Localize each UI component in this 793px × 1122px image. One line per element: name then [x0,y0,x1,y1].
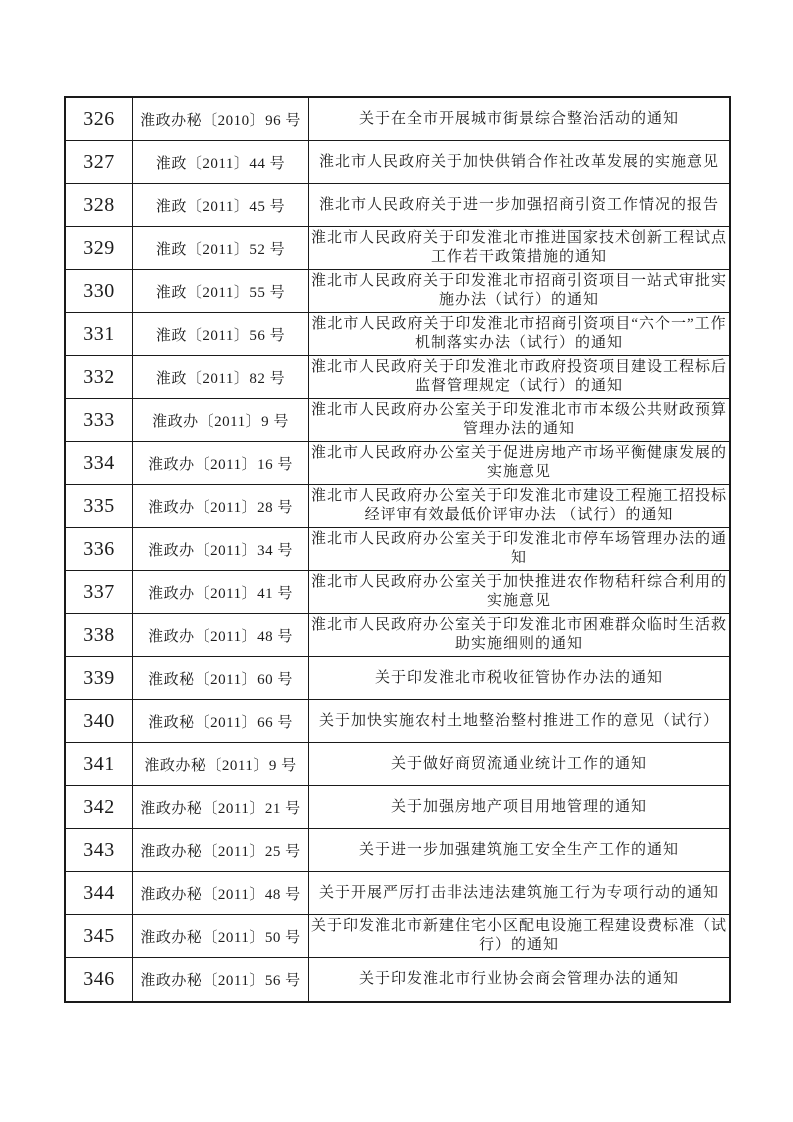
table-row: 338 淮政办〔2011〕48 号 淮北市人民政府办公室关于印发淮北市困难群众临… [66,614,729,657]
doc-number-cell: 淮政〔2011〕82 号 [133,356,309,399]
document-table: 326 淮政办秘〔2010〕96 号 关于在全市开展城市街景综合整治活动的通知 … [64,96,731,1003]
table-row: 344 淮政办秘〔2011〕48 号 关于开展严厉打击非法违法建筑施工行为专项行… [66,872,729,915]
doc-title-cell: 淮北市人民政府办公室关于加快推进农作物秸秆综合利用的实施意见 [309,571,729,614]
doc-title-cell: 关于印发淮北市税收征管协作办法的通知 [309,657,729,700]
doc-number-cell: 淮政〔2011〕56 号 [133,313,309,356]
table-row: 326 淮政办秘〔2010〕96 号 关于在全市开展城市街景综合整治活动的通知 [66,98,729,141]
table-row: 337 淮政办〔2011〕41 号 淮北市人民政府办公室关于加快推进农作物秸秆综… [66,571,729,614]
doc-number-cell: 淮政〔2011〕44 号 [133,141,309,184]
doc-title-cell: 淮北市人民政府关于印发淮北市招商引资项目“六个一”工作机制落实办法（试行）的通知 [309,313,729,356]
doc-number-cell: 淮政办秘〔2011〕9 号 [133,743,309,786]
doc-number-cell: 淮政〔2011〕52 号 [133,227,309,270]
row-number-cell: 329 [66,227,133,270]
doc-number-cell: 淮政办〔2011〕28 号 [133,485,309,528]
row-number-cell: 341 [66,743,133,786]
doc-number-cell: 淮政办秘〔2010〕96 号 [133,98,309,141]
doc-title-cell: 淮北市人民政府办公室关于印发淮北市市本级公共财政预算管理办法的通知 [309,399,729,442]
row-number-cell: 346 [66,958,133,1001]
doc-number-cell: 淮政办〔2011〕34 号 [133,528,309,571]
row-number-cell: 339 [66,657,133,700]
row-number-cell: 334 [66,442,133,485]
doc-number-cell: 淮政〔2011〕45 号 [133,184,309,227]
doc-title-cell: 关于加快实施农村土地整治整村推进工作的意见（试行） [309,700,729,743]
table-row: 327 淮政〔2011〕44 号 淮北市人民政府关于加快供销合作社改革发展的实施… [66,141,729,184]
doc-number-cell: 淮政办〔2011〕16 号 [133,442,309,485]
table-row: 345 淮政办秘〔2011〕50 号 关于印发淮北市新建住宅小区配电设施工程建设… [66,915,729,958]
table-row: 335 淮政办〔2011〕28 号 淮北市人民政府办公室关于印发淮北市建设工程施… [66,485,729,528]
table-row: 340 淮政秘〔2011〕66 号 关于加快实施农村土地整治整村推进工作的意见（… [66,700,729,743]
row-number-cell: 332 [66,356,133,399]
doc-title-cell: 关于做好商贸流通业统计工作的通知 [309,743,729,786]
row-number-cell: 342 [66,786,133,829]
doc-number-cell: 淮政办秘〔2011〕25 号 [133,829,309,872]
row-number-cell: 336 [66,528,133,571]
table-row: 339 淮政秘〔2011〕60 号 关于印发淮北市税收征管协作办法的通知 [66,657,729,700]
table-row: 343 淮政办秘〔2011〕25 号 关于进一步加强建筑施工安全生产工作的通知 [66,829,729,872]
doc-title-cell: 关于开展严厉打击非法违法建筑施工行为专项行动的通知 [309,872,729,915]
table-row: 341 淮政办秘〔2011〕9 号 关于做好商贸流通业统计工作的通知 [66,743,729,786]
doc-title-cell: 关于印发淮北市行业协会商会管理办法的通知 [309,958,729,1001]
row-number-cell: 333 [66,399,133,442]
doc-number-cell: 淮政办秘〔2011〕56 号 [133,958,309,1001]
row-number-cell: 343 [66,829,133,872]
row-number-cell: 345 [66,915,133,958]
doc-number-cell: 淮政办〔2011〕48 号 [133,614,309,657]
doc-title-cell: 淮北市人民政府关于印发淮北市政府投资项目建设工程标后监督管理规定（试行）的通知 [309,356,729,399]
row-number-cell: 340 [66,700,133,743]
row-number-cell: 327 [66,141,133,184]
table-row: 329 淮政〔2011〕52 号 淮北市人民政府关于印发淮北市推进国家技术创新工… [66,227,729,270]
table-row: 333 淮政办〔2011〕9 号 淮北市人民政府办公室关于印发淮北市市本级公共财… [66,399,729,442]
doc-title-cell: 淮北市人民政府关于进一步加强招商引资工作情况的报告 [309,184,729,227]
doc-title-cell: 关于在全市开展城市街景综合整治活动的通知 [309,98,729,141]
doc-title-cell: 淮北市人民政府关于加快供销合作社改革发展的实施意见 [309,141,729,184]
doc-number-cell: 淮政办秘〔2011〕21 号 [133,786,309,829]
table-row: 332 淮政〔2011〕82 号 淮北市人民政府关于印发淮北市政府投资项目建设工… [66,356,729,399]
doc-title-cell: 淮北市人民政府关于印发淮北市推进国家技术创新工程试点工作若干政策措施的通知 [309,227,729,270]
doc-number-cell: 淮政〔2011〕55 号 [133,270,309,313]
doc-title-cell: 淮北市人民政府办公室关于印发淮北市停车场管理办法的通知 [309,528,729,571]
doc-title-cell: 淮北市人民政府办公室关于印发淮北市困难群众临时生活救助实施细则的通知 [309,614,729,657]
table-row: 328 淮政〔2011〕45 号 淮北市人民政府关于进一步加强招商引资工作情况的… [66,184,729,227]
row-number-cell: 338 [66,614,133,657]
table-row: 334 淮政办〔2011〕16 号 淮北市人民政府办公室关于促进房地产市场平衡健… [66,442,729,485]
doc-number-cell: 淮政秘〔2011〕60 号 [133,657,309,700]
doc-number-cell: 淮政办〔2011〕41 号 [133,571,309,614]
doc-title-cell: 淮北市人民政府办公室关于促进房地产市场平衡健康发展的实施意见 [309,442,729,485]
row-number-cell: 326 [66,98,133,141]
table-row: 331 淮政〔2011〕56 号 淮北市人民政府关于印发淮北市招商引资项目“六个… [66,313,729,356]
doc-title-cell: 关于加强房地产项目用地管理的通知 [309,786,729,829]
doc-number-cell: 淮政办〔2011〕9 号 [133,399,309,442]
table-row: 342 淮政办秘〔2011〕21 号 关于加强房地产项目用地管理的通知 [66,786,729,829]
doc-number-cell: 淮政办秘〔2011〕50 号 [133,915,309,958]
table-row: 330 淮政〔2011〕55 号 淮北市人民政府关于印发淮北市招商引资项目一站式… [66,270,729,313]
doc-title-cell: 关于进一步加强建筑施工安全生产工作的通知 [309,829,729,872]
doc-title-cell: 淮北市人民政府关于印发淮北市招商引资项目一站式审批实施办法（试行）的通知 [309,270,729,313]
row-number-cell: 337 [66,571,133,614]
doc-number-cell: 淮政秘〔2011〕66 号 [133,700,309,743]
row-number-cell: 335 [66,485,133,528]
doc-number-cell: 淮政办秘〔2011〕48 号 [133,872,309,915]
row-number-cell: 330 [66,270,133,313]
doc-title-cell: 关于印发淮北市新建住宅小区配电设施工程建设费标准（试行）的通知 [309,915,729,958]
row-number-cell: 328 [66,184,133,227]
doc-title-cell: 淮北市人民政府办公室关于印发淮北市建设工程施工招投标经评审有效最低价评审办法 （… [309,485,729,528]
table-row: 346 淮政办秘〔2011〕56 号 关于印发淮北市行业协会商会管理办法的通知 [66,958,729,1001]
row-number-cell: 331 [66,313,133,356]
row-number-cell: 344 [66,872,133,915]
table-row: 336 淮政办〔2011〕34 号 淮北市人民政府办公室关于印发淮北市停车场管理… [66,528,729,571]
